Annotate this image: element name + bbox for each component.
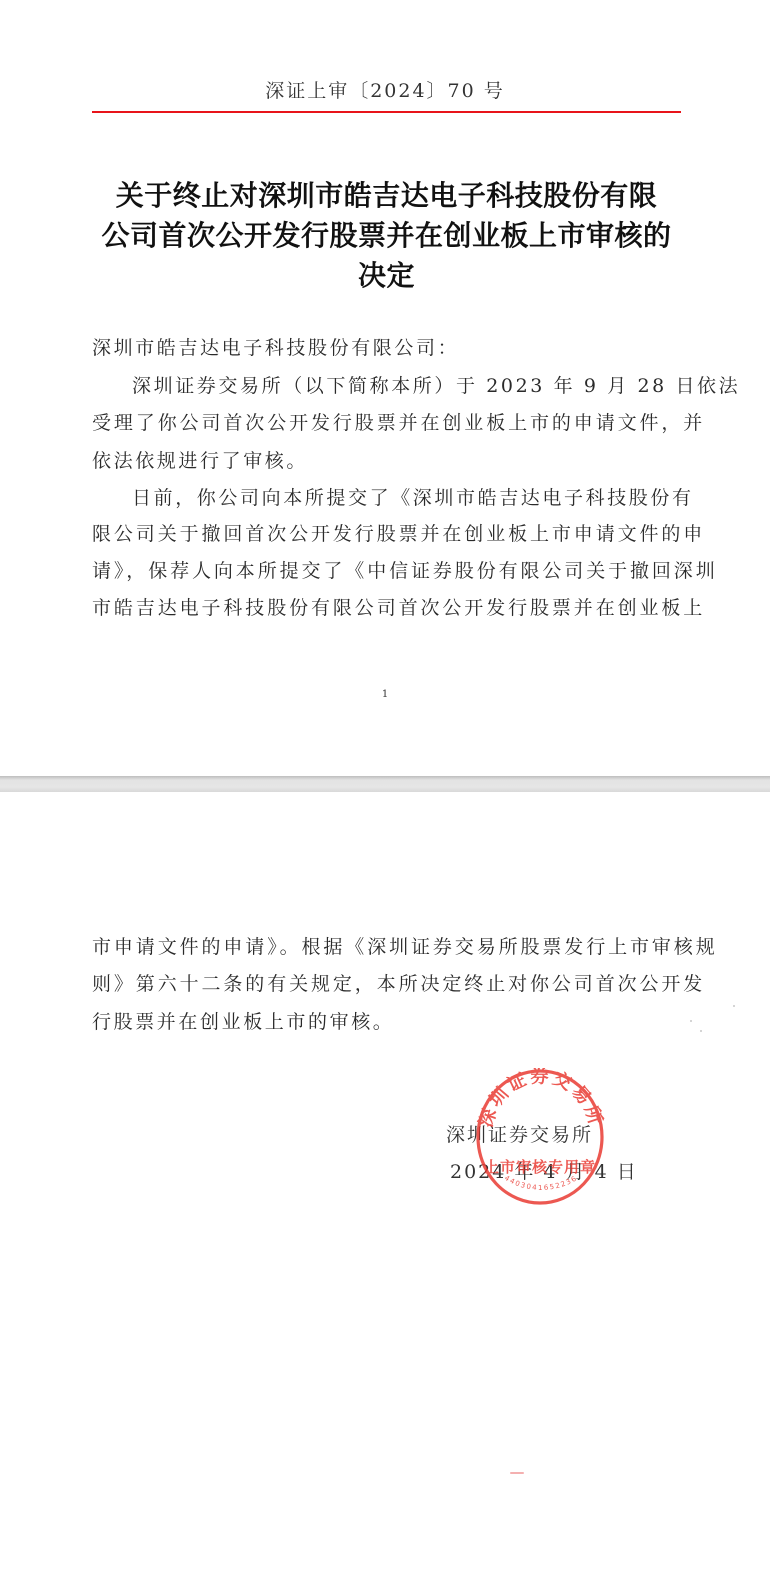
document-number: 深证上审〔2024〕70 号 (0, 76, 770, 103)
scan-speck (510, 1472, 524, 1474)
scan-speck (700, 1030, 702, 1032)
red-header-rule (92, 111, 681, 113)
scan-speck (733, 1005, 735, 1007)
page-number: 1 (0, 689, 770, 700)
paragraph-line: 依法依规进行了审核。 (92, 449, 681, 473)
document-page-2 (0, 792, 770, 1586)
title-line: 决定 (92, 256, 681, 296)
svg-text:深圳证券交易所: 深圳证券交易所 (475, 1068, 606, 1130)
seal-serial: 4403041652236 (503, 1174, 579, 1192)
paragraph-line: 市申请文件的申请》。根据《深圳证券交易所股票发行上市审核规 (92, 935, 681, 959)
paragraph-line: 则》第六十二条的有关规定，本所决定终止对你公司首次公开发 (92, 972, 681, 996)
addressee: 深圳市皓吉达电子科技股份有限公司： (92, 336, 681, 360)
scan-speck (356, 1027, 358, 1029)
paragraph-line: 请》，保荐人向本所提交了《中信证券股份有限公司关于撤回深圳 (92, 559, 681, 583)
title-line: 公司首次公开发行股票并在创业板上市审核的 (92, 216, 681, 256)
document-page-1: 深证上审〔2024〕70 号 关于终止对深圳市皓吉达电子科技股份有限 公司首次公… (0, 0, 770, 776)
paragraph-line: 日前，你公司向本所提交了《深圳市皓吉达电子科技股份有 (92, 486, 681, 510)
svg-text:4403041652236: 4403041652236 (503, 1174, 579, 1192)
scan-speck (690, 1020, 692, 1022)
paragraph-line: 市皓吉达电子科技股份有限公司首次公开发行股票并在创业板上 (92, 596, 681, 620)
page-separator (0, 776, 770, 792)
official-seal-icon: 深圳证券交易所 上市审核专用章 4403041652236 (474, 1068, 606, 1206)
seal-center-text: 上市审核专用章 (484, 1158, 596, 1176)
seal-outer-text: 深圳证券交易所 (475, 1068, 606, 1130)
paragraph-line: 深圳证券交易所（以下简称本所）于 2023 年 9 月 28 日依法 (92, 374, 681, 398)
document-title: 关于终止对深圳市皓吉达电子科技股份有限 公司首次公开发行股票并在创业板上市审核的… (92, 176, 681, 296)
paragraph-line: 行股票并在创业板上市的审核。 (92, 1010, 681, 1034)
paragraph-line: 受理了你公司首次公开发行股票并在创业板上市的申请文件，并 (92, 411, 681, 435)
title-line: 关于终止对深圳市皓吉达电子科技股份有限 (92, 176, 681, 216)
paragraph-line: 限公司关于撤回首次公开发行股票并在创业板上市申请文件的申 (92, 522, 681, 546)
